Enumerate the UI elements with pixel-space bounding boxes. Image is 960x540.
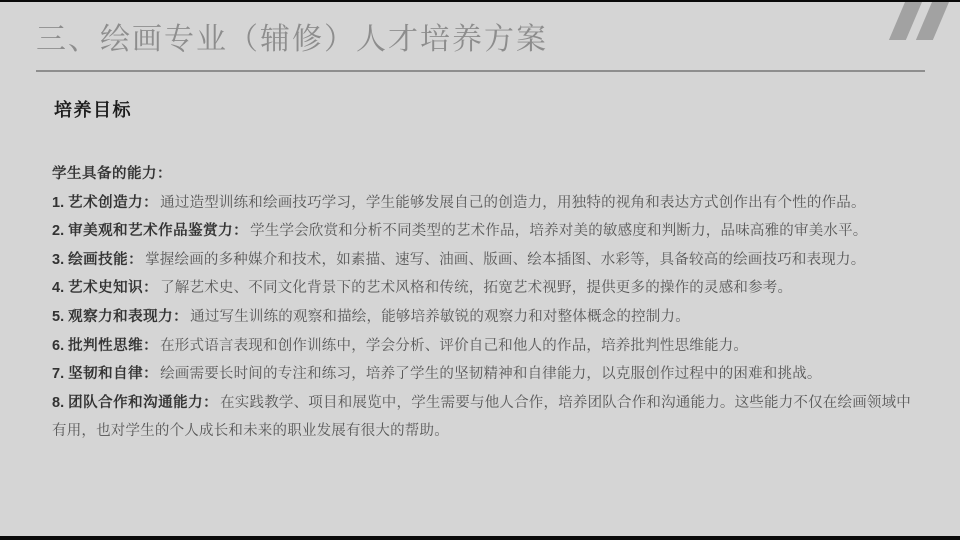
ability-label: 团队合作和沟通能力： xyxy=(68,395,218,411)
ability-label: 批判性思维： xyxy=(68,338,158,354)
slide-title: 三、绘画专业（辅修）人才培养方案 xyxy=(36,22,548,58)
slide-bottom-edge xyxy=(0,536,960,540)
ability-description: 了解艺术史、不同文化背景下的艺术风格和传统，拓宽艺术视野，提供更多的操作的灵感和… xyxy=(160,280,792,296)
ability-label: 艺术创造力： xyxy=(68,195,158,211)
abilities-intro: 学生具备的能力： xyxy=(52,160,912,189)
ability-item: 7.坚韧和自律：绘画需要长时间的专注和练习，培养了学生的坚韧精神和自律能力，以克… xyxy=(52,360,912,389)
ability-description: 绘画需要长时间的专注和练习，培养了学生的坚韧精神和自律能力，以克服创作过程中的困… xyxy=(160,366,822,382)
ability-description: 掌握绘画的多种媒介和技术，如素描、速写、油画、版画、绘本插图、水彩等，具备较高的… xyxy=(145,252,865,268)
ability-label: 坚韧和自律： xyxy=(68,366,158,382)
slide-top-edge xyxy=(0,0,960,2)
ability-label: 审美观和艺术作品鉴赏力： xyxy=(68,223,248,239)
ability-label: 艺术史知识： xyxy=(68,280,158,296)
ability-description: 通过写生训练的观察和描绘，能够培养敏锐的观察力和对整体概念的控制力。 xyxy=(190,309,690,325)
ability-item: 5.观察力和表现力：通过写生训练的观察和描绘，能够培养敏锐的观察力和对整体概念的… xyxy=(52,303,912,332)
title-divider-line xyxy=(36,70,925,72)
presentation-slide: 三、绘画专业（辅修）人才培养方案 培养目标 学生具备的能力： 1.艺术创造力：通… xyxy=(0,0,960,540)
ability-number: 4. xyxy=(52,280,64,296)
body-text-block: 学生具备的能力： 1.艺术创造力：通过造型训练和绘画技巧学习，学生能够发展自己的… xyxy=(52,160,912,446)
ability-label: 观察力和表现力： xyxy=(68,309,188,325)
ability-item: 8.团队合作和沟通能力：在实践教学、项目和展览中，学生需要与他人合作，培养团队合… xyxy=(52,389,912,446)
ability-number: 7. xyxy=(52,366,64,382)
ability-description: 在形式语言表现和创作训练中，学会分析、评价自己和他人的作品，培养批判性思维能力。 xyxy=(160,338,748,354)
section-heading: 培养目标 xyxy=(54,100,132,120)
ability-item: 6.批判性思维：在形式语言表现和创作训练中，学会分析、评价自己和他人的作品，培养… xyxy=(52,332,912,361)
ability-description: 通过造型训练和绘画技巧学习，学生能够发展自己的创造力，用独特的视角和表达方式创作… xyxy=(160,195,866,211)
ability-number: 8. xyxy=(52,395,64,411)
ability-number: 1. xyxy=(52,195,64,211)
ability-description: 学生学会欣赏和分析不同类型的艺术作品，培养对美的敏感度和判断力，品味高雅的审美水… xyxy=(250,223,867,239)
ability-item: 4.艺术史知识：了解艺术史、不同文化背景下的艺术风格和传统，拓宽艺术视野，提供更… xyxy=(52,274,912,303)
ability-number: 6. xyxy=(52,338,64,354)
ability-item: 1.艺术创造力：通过造型训练和绘画技巧学习，学生能够发展自己的创造力，用独特的视… xyxy=(52,189,912,218)
ability-number: 2. xyxy=(52,223,64,239)
slash-shape xyxy=(889,2,922,40)
ability-number: 3. xyxy=(52,252,64,268)
ability-label: 绘画技能： xyxy=(68,252,143,268)
ability-number: 5. xyxy=(52,309,64,325)
ability-item: 3.绘画技能：掌握绘画的多种媒介和技术，如素描、速写、油画、版画、绘本插图、水彩… xyxy=(52,246,912,275)
slash-shape xyxy=(916,2,949,40)
ability-item: 2.审美观和艺术作品鉴赏力：学生学会欣赏和分析不同类型的艺术作品，培养对美的敏感… xyxy=(52,217,912,246)
